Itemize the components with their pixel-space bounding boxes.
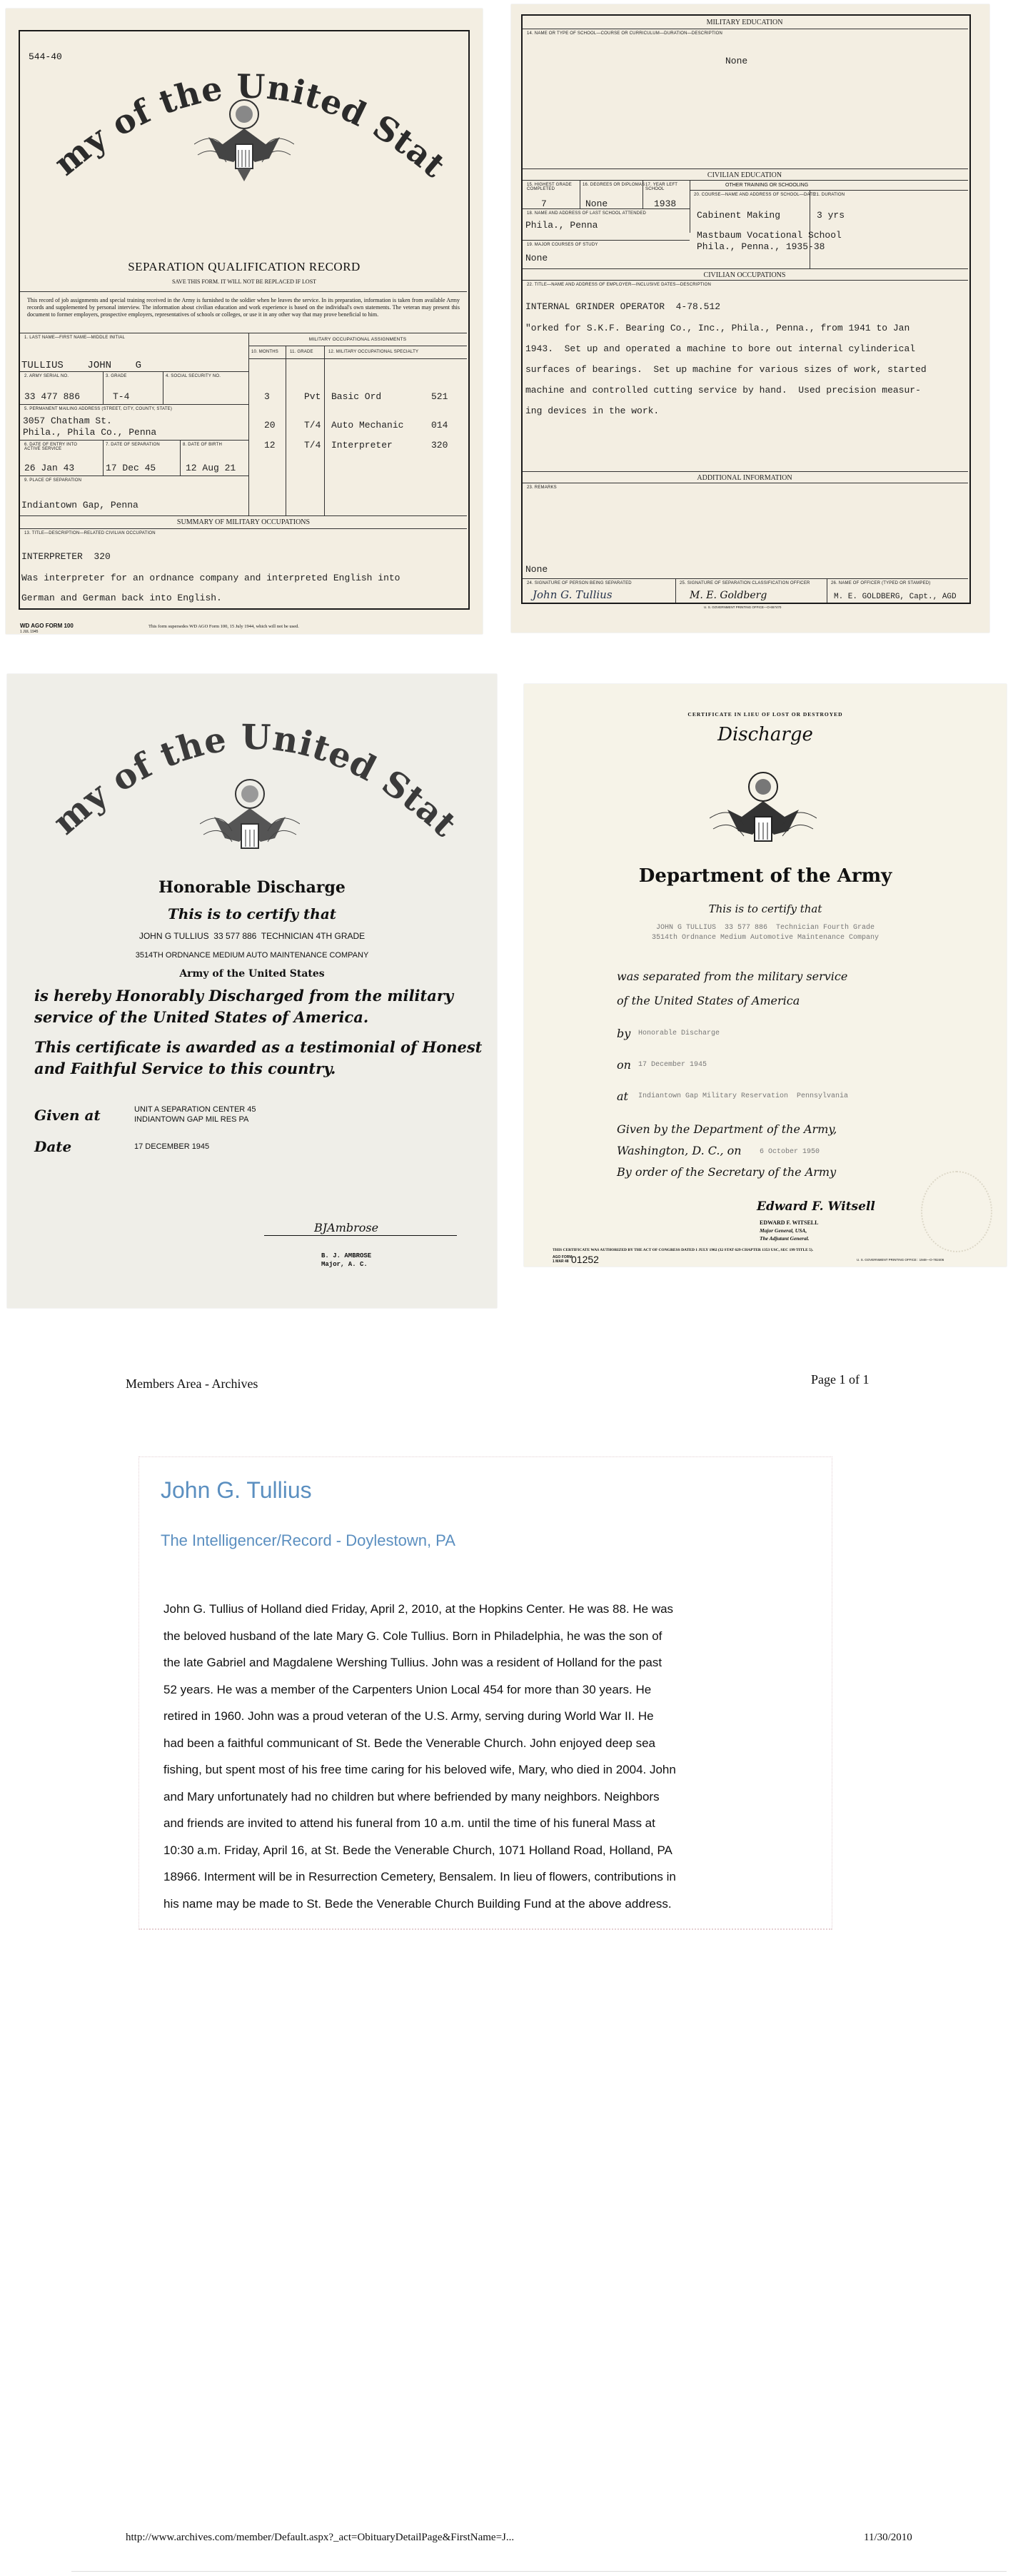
form-subtitle: SAVE THIS FORM. IT WILL NOT BE REPLACED … (6, 278, 483, 285)
signer-name: EDWARD F. WITSELL (760, 1219, 818, 1226)
obituary-card: John G. Tullius The Intelligencer/Record… (138, 1456, 832, 1930)
place-value: Indiantown Gap, Penna (21, 500, 138, 510)
obituary-line: 10:30 a.m. Friday, April 16, at St. Bede… (163, 1837, 820, 1864)
authorization-note: THIS CERTIFICATE WAS AUTHORIZED BY THE A… (553, 1248, 813, 1252)
summary-line1: Was interpreter for an ordnance company … (21, 573, 400, 583)
print-header-right: Page 1 of 1 (811, 1372, 869, 1387)
footer-form-date: 1 JUL 1945 (20, 630, 38, 634)
address-line2: Phila., Phila Co., Penna (23, 427, 156, 438)
summary-line2: German and German back into English. (21, 593, 222, 603)
separation-date: 17 Dec 45 (106, 463, 156, 473)
eagle-seal-icon (194, 94, 294, 187)
unit-line: 3514th Ordnance Medium Automotive Mainte… (524, 934, 1007, 942)
separation-place: Indiantown Gap Military Reservation Penn… (638, 1092, 848, 1100)
obituary-line: 52 years. He was a member of the Carpent… (163, 1676, 820, 1704)
officer-signature: M. E. Goldberg (690, 590, 767, 601)
obituary-line: and Mary unfortunately had no children b… (163, 1783, 820, 1811)
highest-grade-value: 7 (541, 198, 547, 209)
summary-title: INTERPRETER 320 (21, 551, 111, 562)
duration-value: 3 yrs (817, 210, 845, 221)
obituary-line: fishing, but spent most of his free time… (163, 1756, 820, 1783)
assignment-months: 12 (264, 440, 276, 451)
soldier-name-line: JOHN G TULLIUS 33 577 886 Technician Fou… (524, 924, 1007, 932)
assignment-months: 3 (264, 391, 270, 402)
entry-date: 26 Jan 43 (24, 463, 74, 473)
last-school-value: Phila., Penna (525, 220, 598, 231)
print-header-left: Members Area - Archives (126, 1377, 258, 1392)
witsell-signature: Edward F. Witsell (757, 1199, 875, 1214)
name-value: TULLIUS JOHN G (21, 360, 141, 371)
obituary-name: John G. Tullius (161, 1477, 312, 1504)
issue-date: 6 October 1950 (760, 1148, 820, 1156)
occupation-line: ing devices in the work. (525, 406, 659, 416)
given-line1: UNIT A SEPARATION CENTER 45 (134, 1105, 256, 1114)
summary-heading: Summary of Military Occupations (20, 518, 467, 526)
certify-line: This is to certify that (524, 902, 1007, 915)
army-line: Army of the United States (7, 968, 497, 980)
course-line2: Mastbaum Vocational School (697, 230, 842, 241)
person-signature: John G. Tullius (533, 588, 613, 601)
separation-record-back: Military Education 14. Name or type of s… (511, 4, 989, 633)
assignment-code: 521 (431, 391, 448, 402)
separation-date: 17 December 1945 (638, 1061, 707, 1069)
body-line3: This certificate is awarded as a testimo… (34, 1038, 482, 1056)
given-line2: INDIANTOWN GAP MIL RES PA (134, 1115, 248, 1124)
course-line1: Cabinent Making (697, 210, 780, 221)
ambrose-signature: BJAmbrose (314, 1221, 378, 1234)
assignment-specialty: Interpreter (331, 440, 393, 451)
assignments-heading: Military Occupational Assignments (248, 337, 467, 342)
separation-record-front: 544-40 Army of the United States SEPARAT… (6, 9, 483, 634)
occupation-line: 1943. Set up and operated a machine to b… (525, 343, 915, 354)
obituary-line: had been a faithful communicant of St. B… (163, 1730, 820, 1757)
degrees-value: None (585, 198, 608, 209)
assignment-grade: Pvt (304, 391, 321, 402)
assignment-months: 20 (264, 420, 276, 431)
address-line1: 3057 Chatham St. (23, 416, 112, 426)
officer-name: M. E. GOLDBERG, Capt., AGD (834, 593, 957, 601)
obituary-source: The Intelligencer/Record - Doylestown, P… (161, 1531, 455, 1550)
print-footer-url[interactable]: http://www.archives.com/member/Default.a… (126, 2532, 514, 2544)
major-value: None (525, 253, 548, 263)
birth-date: 12 Aug 21 (186, 463, 236, 473)
certificate-title: Discharge (524, 724, 1007, 745)
assignment-grade: T/4 (304, 420, 321, 431)
embossed-seal (921, 1171, 992, 1252)
obituary-line: his name may be made to St. Bede the Ven… (163, 1891, 820, 1918)
obituary-line: the beloved husband of the late Mary G. … (163, 1623, 820, 1650)
remarks-value: None (525, 564, 548, 575)
department-title: Department of the Army (524, 865, 1007, 887)
eagle-seal-icon (710, 768, 817, 861)
unit-line: 3514TH ORDNANCE MEDIUM AUTO MAINTENANCE … (7, 951, 497, 960)
body-line1: is hereby Honorably Discharged from the … (34, 987, 453, 1005)
assignment-code: 320 (431, 440, 448, 451)
obituary-body: John G. Tullius of Holland died Friday, … (163, 1596, 820, 1917)
assignment-code: 014 (431, 420, 448, 431)
footer-note: This form supersedes WD AGO Form 100, 15… (148, 624, 299, 629)
discharge-date: 17 DECEMBER 1945 (134, 1142, 209, 1151)
form-intro: This record of job assignments and speci… (27, 297, 460, 318)
obituary-line: the late Gabriel and Magdalene Wershing … (163, 1649, 820, 1676)
occupation-line: surfaces of bearings. Set up machine for… (525, 364, 927, 375)
grade-value: T-4 (113, 391, 129, 402)
occupation-line: machine and controlled cutting service b… (525, 385, 921, 396)
assignment-specialty: Auto Mechanic (331, 420, 403, 431)
form-title: SEPARATION QUALIFICATION RECORD (6, 260, 483, 274)
obituary-line: John G. Tullius of Holland died Friday, … (163, 1596, 820, 1623)
obituary-line: and friends are invited to attend his fu… (163, 1810, 820, 1837)
signer-name: B. J. AMBROSE (321, 1252, 371, 1259)
certify-line: This is to certify that (7, 905, 497, 922)
eagle-seal-icon (200, 774, 300, 867)
print-footer-date: 11/30/2010 (864, 2532, 912, 2544)
military-education-value: None (725, 56, 747, 66)
occupation-title: INTERNAL GRINDER OPERATOR 4-78.512 (525, 301, 720, 312)
discharge-type: Honorable Discharge (638, 1030, 720, 1037)
body-line2: service of the United States of America. (34, 1008, 368, 1026)
form-number: 01252 (571, 1254, 599, 1265)
certificate-kicker: CERTIFICATE IN LIEU OF LOST OR DESTROYED (524, 711, 1007, 718)
year-left-value: 1938 (654, 198, 676, 209)
assignment-specialty: Basic Ord (331, 391, 381, 402)
honorable-discharge: Army of the United States Honorable Disc… (7, 674, 497, 1308)
soldier-name-line: JOHN G TULLIUS 33 577 886 TECHNICIAN 4TH… (7, 931, 497, 941)
assignment-grade: T/4 (304, 440, 321, 451)
body-line4: and Faithful Service to this country. (34, 1060, 336, 1077)
obituary-line: retired in 1960. John was a proud vetera… (163, 1703, 820, 1730)
signer-rank: Major, A. C. (321, 1261, 368, 1268)
discharge-title: Honorable Discharge (7, 878, 497, 897)
occupation-line: "orked for S.K.F. Bearing Co., Inc., Phi… (525, 323, 909, 333)
obituary-line: 18966. Interment will be in Resurrection… (163, 1863, 820, 1891)
serial-value: 33 477 886 (24, 391, 80, 402)
footer-form: WD AGO FORM 100 (20, 623, 74, 629)
replacement-discharge-certificate: CERTIFICATE IN LIEU OF LOST OR DESTROYED… (524, 684, 1007, 1267)
course-line3: Phila., Penna., 1935-38 (697, 241, 825, 252)
